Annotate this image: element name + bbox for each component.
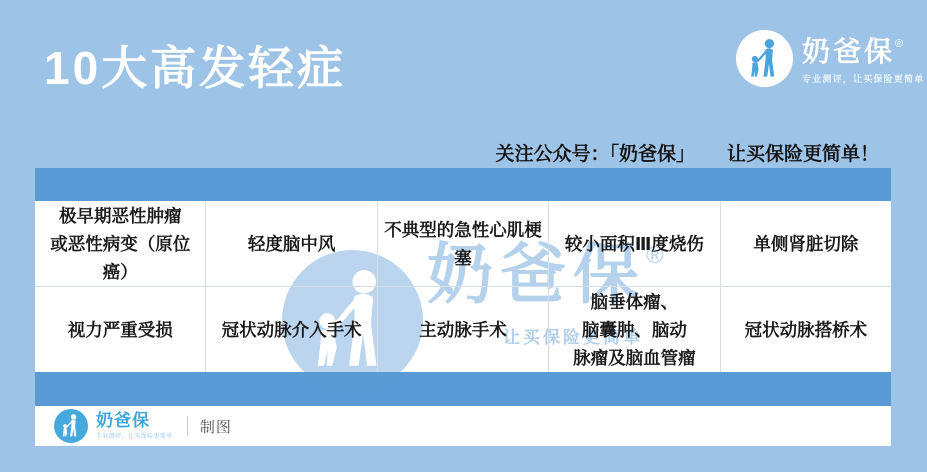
- brand-logo: 奶爸保® 专业测评，让买保险更简单: [736, 30, 924, 87]
- footer-logo-circle: [54, 409, 88, 443]
- table-cell-vision-impairment: 视力严重受损: [35, 287, 206, 372]
- footer-brand-name: 奶爸保: [96, 412, 173, 431]
- father-child-icon: [58, 413, 84, 439]
- brand-name-text: 奶爸保: [802, 36, 895, 67]
- footer: 奶爸保 专业测评，让买保险更简单 制图: [35, 406, 891, 446]
- follow-account-line: 关注公众号：「奶爸保」 让买保险更简单！: [495, 139, 879, 166]
- footer-brand-tagline: 专业测评，让买保险更简单: [96, 431, 173, 440]
- table-body: 奶爸保® 让买保险更简单 极早期恶性肿瘤 或恶性病变（原位 癌） 轻度脑中风 不…: [35, 201, 891, 372]
- table-footer-bar: [35, 372, 891, 406]
- table-row: 极早期恶性肿瘤 或恶性病变（原位 癌） 轻度脑中风 不典型的急性心肌梗 塞 较小…: [35, 201, 891, 287]
- registered-mark-icon: ®: [895, 38, 903, 50]
- table-cell-minor-burns: 较小面积Ⅲ度烧伤: [549, 201, 720, 287]
- table-cell-coronary-bypass: 冠状动脉搭桥术: [721, 287, 891, 372]
- table-cell-atypical-infarction: 不典型的急性心肌梗 塞: [378, 201, 549, 287]
- table-cell-kidney-removal: 单侧肾脏切除: [721, 201, 891, 287]
- footer-brand-text: 奶爸保 专业测评，让买保险更简单: [96, 412, 173, 440]
- brand-name: 奶爸保®: [802, 38, 924, 66]
- table-header-bar: [35, 168, 891, 201]
- table-cell-brain-tumors: 脑垂体瘤、 脑囊肿、脑动 脉瘤及脑血管瘤: [549, 287, 720, 372]
- follow-account-text: 关注公众号：「奶爸保」: [495, 139, 695, 166]
- table-cell-carcinoma-in-situ: 极早期恶性肿瘤 或恶性病变（原位 癌）: [35, 201, 206, 287]
- footer-divider: [187, 416, 188, 436]
- brand-text: 奶爸保® 专业测评，让买保险更简单: [802, 30, 924, 85]
- table-row: 视力严重受损 冠状动脉介入手术 主动脉手术 脑垂体瘤、 脑囊肿、脑动 脉瘤及脑血…: [35, 287, 891, 372]
- footer-credit-label: 制图: [200, 416, 232, 437]
- brand-tagline: 专业测评，让买保险更简单: [802, 72, 924, 85]
- page-title: 10大高发轻症: [44, 32, 346, 98]
- table-cell-mild-stroke: 轻度脑中风: [206, 201, 377, 287]
- table-cell-aorta-surgery: 主动脉手术: [378, 287, 549, 372]
- infographic-page: 10大高发轻症 奶爸保® 专业测评，让买保险更简单 关注公众号：「奶爸保」 让买…: [0, 0, 927, 472]
- brand-logo-circle: [736, 30, 793, 87]
- table-cell-coronary-intervention: 冠状动脉介入手术: [206, 287, 377, 372]
- father-child-icon: [743, 37, 787, 81]
- illness-table: 奶爸保® 让买保险更简单 极早期恶性肿瘤 或恶性病变（原位 癌） 轻度脑中风 不…: [35, 168, 891, 406]
- follow-slogan-text: 让买保险更简单！: [727, 139, 879, 166]
